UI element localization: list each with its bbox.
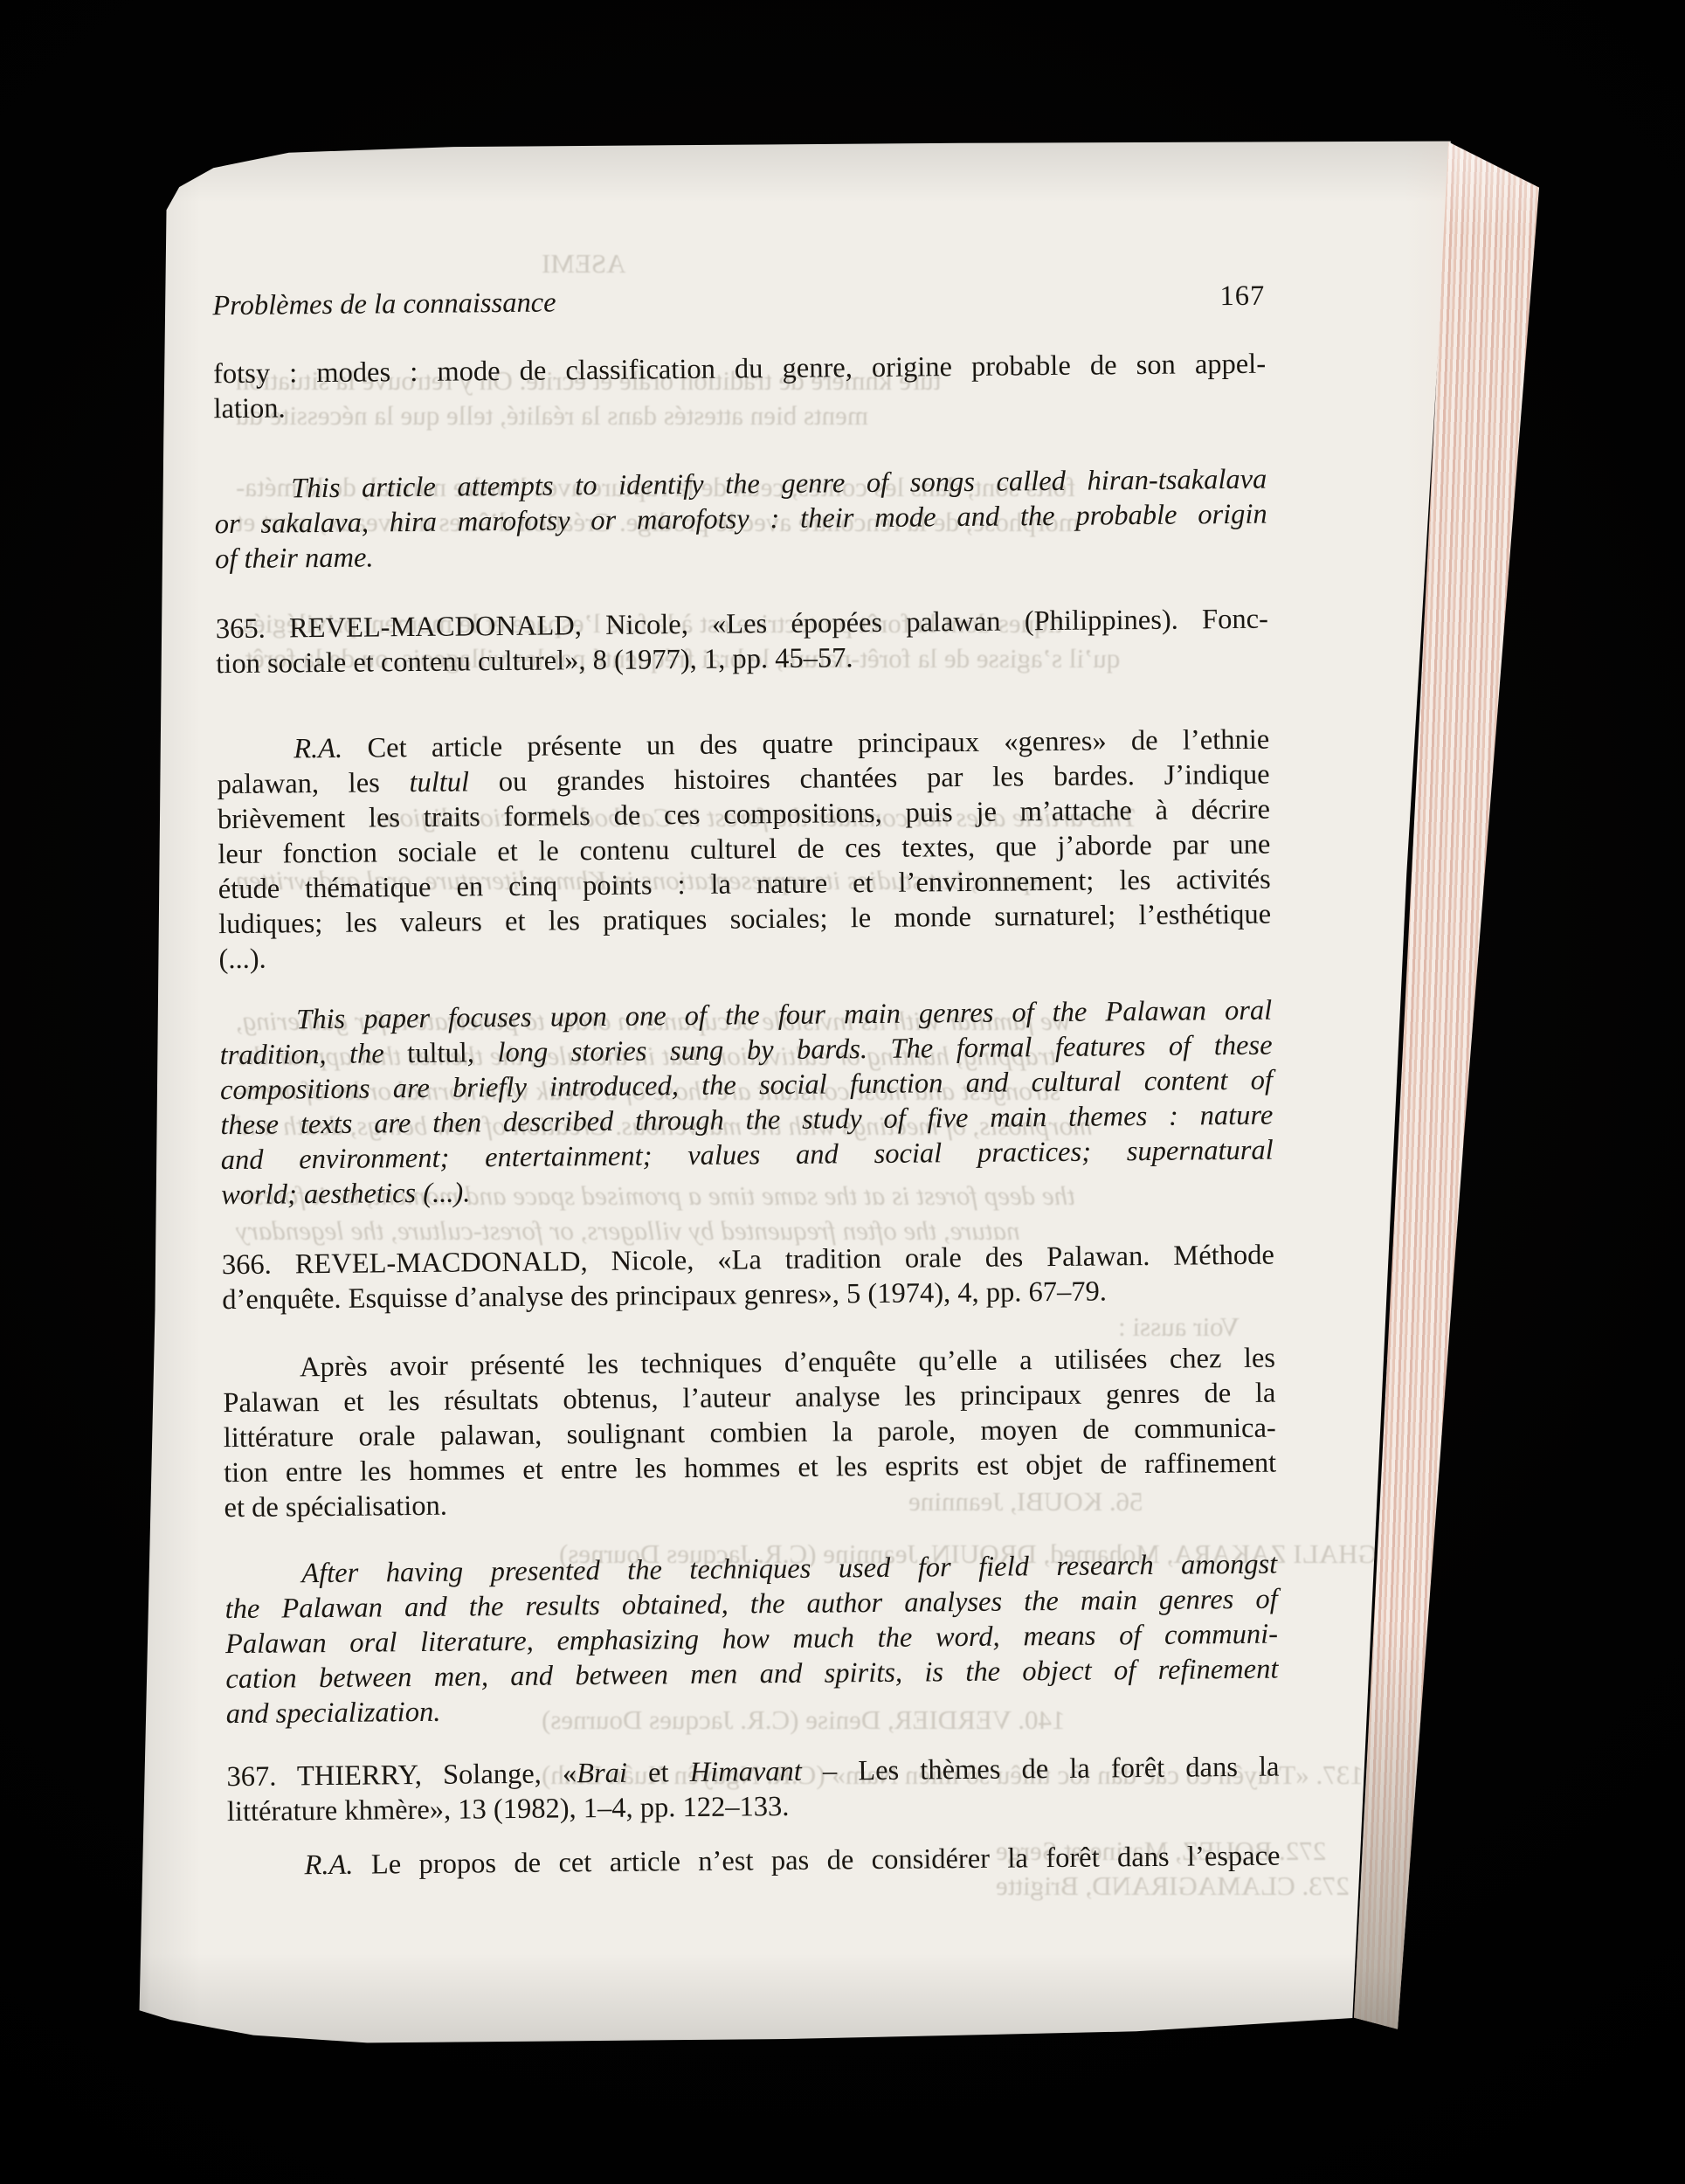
entry-366: 366. REVEL-MACDONALD, Nicole, «La tradit… (222, 1238, 1275, 1318)
abstract-366-en: After having presented the techniques us… (224, 1547, 1279, 1732)
emphasized-text: tultul (409, 766, 469, 798)
text-blocks: fotsy : modes : mode de classification d… (213, 347, 1281, 1883)
text-run: lation. (213, 392, 285, 425)
page-content: Problèmes de la connaissance 167 fotsy :… (212, 279, 1280, 1883)
resume-367-fr: R.A. Le propos de cet article n’est pas … (227, 1839, 1280, 1884)
text-run: ou grandes histoires chantées par les ba… (469, 759, 1270, 798)
text-run: , long stories sung by bards. The formal… (467, 1030, 1273, 1069)
abstract-364-en: This article attempts to identify the ge… (214, 462, 1267, 577)
text-run: d’enquête. Esquisse d’analyse des princi… (222, 1275, 1107, 1316)
page-header: Problèmes de la connaissance 167 (212, 279, 1265, 324)
emphasized-text: tultul (407, 1037, 467, 1069)
fotsy-note: fotsy : modes : mode de classification d… (213, 347, 1267, 427)
text-line: R.A. Le propos de cet article n’est pas … (227, 1839, 1280, 1884)
running-title: Problèmes de la connaissance (212, 285, 556, 323)
text-run: tion sociale et contenu culturel», 8 (19… (216, 642, 853, 680)
book-page: ASEMIture khmère de tradition orale et é… (122, 135, 1546, 2049)
entry-365: 365. REVEL-MACDONALD, Nicole, «Les épopé… (216, 602, 1269, 682)
text-layer: Problèmes de la connaissance 167 fotsy :… (113, 123, 1555, 2050)
text-run: palawan, les (217, 767, 409, 800)
text-run: et de spécialisation. (224, 1490, 447, 1524)
text-run: – Les thèmes de la forêt dans la (802, 1752, 1280, 1787)
emphasized-text: Brai (577, 1758, 627, 1790)
resume-366-fr: Après avoir présenté les techniques d’en… (223, 1341, 1277, 1526)
text-run: (...). (218, 943, 266, 976)
abstract-365-en: This paper focuses upon one of the four … (219, 993, 1274, 1213)
emphasized-text: R.A. (304, 1849, 353, 1882)
text-run: world; aesthetics (...). (221, 1177, 471, 1211)
text-run: Le propos de cet article n’est pas de co… (353, 1841, 1280, 1881)
text-run: 367. THIERRY, Solange, « (226, 1758, 577, 1793)
emphasized-text: R.A. (293, 733, 342, 765)
resume-365-fr: R.A. Cet article présente un des quatre … (217, 722, 1272, 978)
emphasized-text: Himavant (689, 1756, 802, 1788)
text-run: and specialization. (226, 1697, 441, 1730)
text-run: tradition, the (219, 1038, 407, 1071)
text-run: et (627, 1757, 690, 1789)
text-run: of their name. (215, 542, 374, 575)
page-number: 167 (1219, 279, 1265, 314)
text-run: littérature khmère», 13 (1982), 1–4, pp.… (227, 1791, 790, 1828)
entry-367: 367. THIERRY, Solange, «Brai et Himavant… (226, 1750, 1280, 1830)
